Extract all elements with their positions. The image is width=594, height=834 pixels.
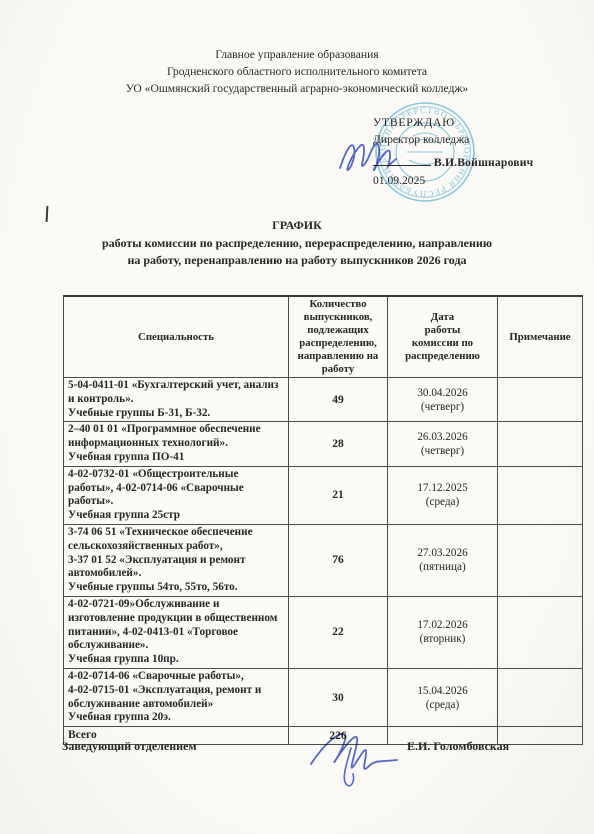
director-signature-icon — [336, 134, 402, 178]
count-cell: 22 — [289, 596, 388, 668]
note-cell — [498, 422, 583, 466]
date-cell: 17.02.2026 (вторник) — [388, 596, 498, 668]
note-cell — [498, 466, 583, 524]
table-row: 5-04-0411-01 «Бухгалтерский учет, анализ… — [64, 378, 583, 422]
count-cell: 28 — [289, 422, 388, 466]
count-cell: 76 — [289, 524, 388, 596]
org-line-3: УО «Ошмянский государственный аграрно-эк… — [0, 80, 594, 97]
note-cell — [498, 727, 583, 745]
note-cell — [498, 596, 583, 668]
table-header-row: Специальность Количество выпускников, по… — [64, 296, 583, 378]
specialty-cell: 4-02-0721-09»Обслуживание и изготовление… — [64, 596, 289, 668]
date-cell: 15.04.2026 (среда) — [388, 668, 498, 726]
footer-position: Заведующий отделением — [62, 739, 197, 754]
col-header-date: Дата работы комиссии по распределению — [388, 296, 498, 378]
head-of-department-signature-icon — [305, 724, 405, 788]
date-cell: 27.03.2026 (пятница) — [388, 524, 498, 596]
specialty-cell: 5-04-0411-01 «Бухгалтерский учет, анализ… — [64, 378, 289, 422]
specialty-cell: 4-02-0714-06 «Сварочные работы», 4-02-07… — [64, 668, 289, 726]
specialty-cell: 2–40 01 01 «Программное обеспечение инфо… — [64, 422, 289, 466]
title-line-1: ГРАФИК — [0, 217, 594, 235]
document-title: ГРАФИК работы комиссии по распределению,… — [0, 217, 594, 270]
note-cell — [498, 378, 583, 422]
specialty-cell: 3-74 06 51 «Техническое обеспечение сель… — [64, 524, 289, 596]
table-row: 4-02-0732-01 «Общестроительные работы», … — [64, 466, 583, 524]
count-cell: 49 — [289, 378, 388, 422]
table-row: 4-02-0721-09»Обслуживание и изготовление… — [64, 596, 583, 668]
table-row: 2–40 01 01 «Программное обеспечение инфо… — [64, 422, 583, 466]
count-cell: 21 — [289, 466, 388, 524]
date-cell: 17.12.2025 (среда) — [388, 466, 498, 524]
specialty-cell: 4-02-0732-01 «Общестроительные работы», … — [64, 466, 289, 524]
org-line-2: Гродненского областного исполнительного … — [0, 63, 594, 80]
date-cell: 30.04.2026 (четверг) — [388, 378, 498, 422]
count-cell: 30 — [289, 668, 388, 726]
table-row: 3-74 06 51 «Техническое обеспечение сель… — [64, 524, 583, 596]
note-cell — [498, 668, 583, 726]
note-cell — [498, 524, 583, 596]
title-line-2: работы комиссии по распределению, перера… — [0, 235, 594, 253]
stamp-inner-emblem — [407, 133, 443, 165]
date-cell: 26.03.2026 (четверг) — [388, 422, 498, 466]
scanned-document-page: Главное управление образования Гродненск… — [0, 0, 594, 834]
schedule-table: Специальность Количество выпускников, по… — [63, 295, 583, 745]
title-line-3: на работу, перенаправлению на работу вып… — [0, 252, 594, 270]
col-header-note: Примечание — [498, 296, 583, 378]
org-line-1: Главное управление образования — [0, 46, 594, 63]
table-row: 4-02-0714-06 «Сварочные работы», 4-02-07… — [64, 668, 583, 726]
col-header-count: Количество выпускников, подлежащих распр… — [289, 296, 388, 378]
footer-name: Е.И. Голомбовская — [407, 739, 509, 754]
organisation-header: Главное управление образования Гродненск… — [0, 46, 594, 97]
col-header-specialty: Специальность — [64, 296, 289, 378]
